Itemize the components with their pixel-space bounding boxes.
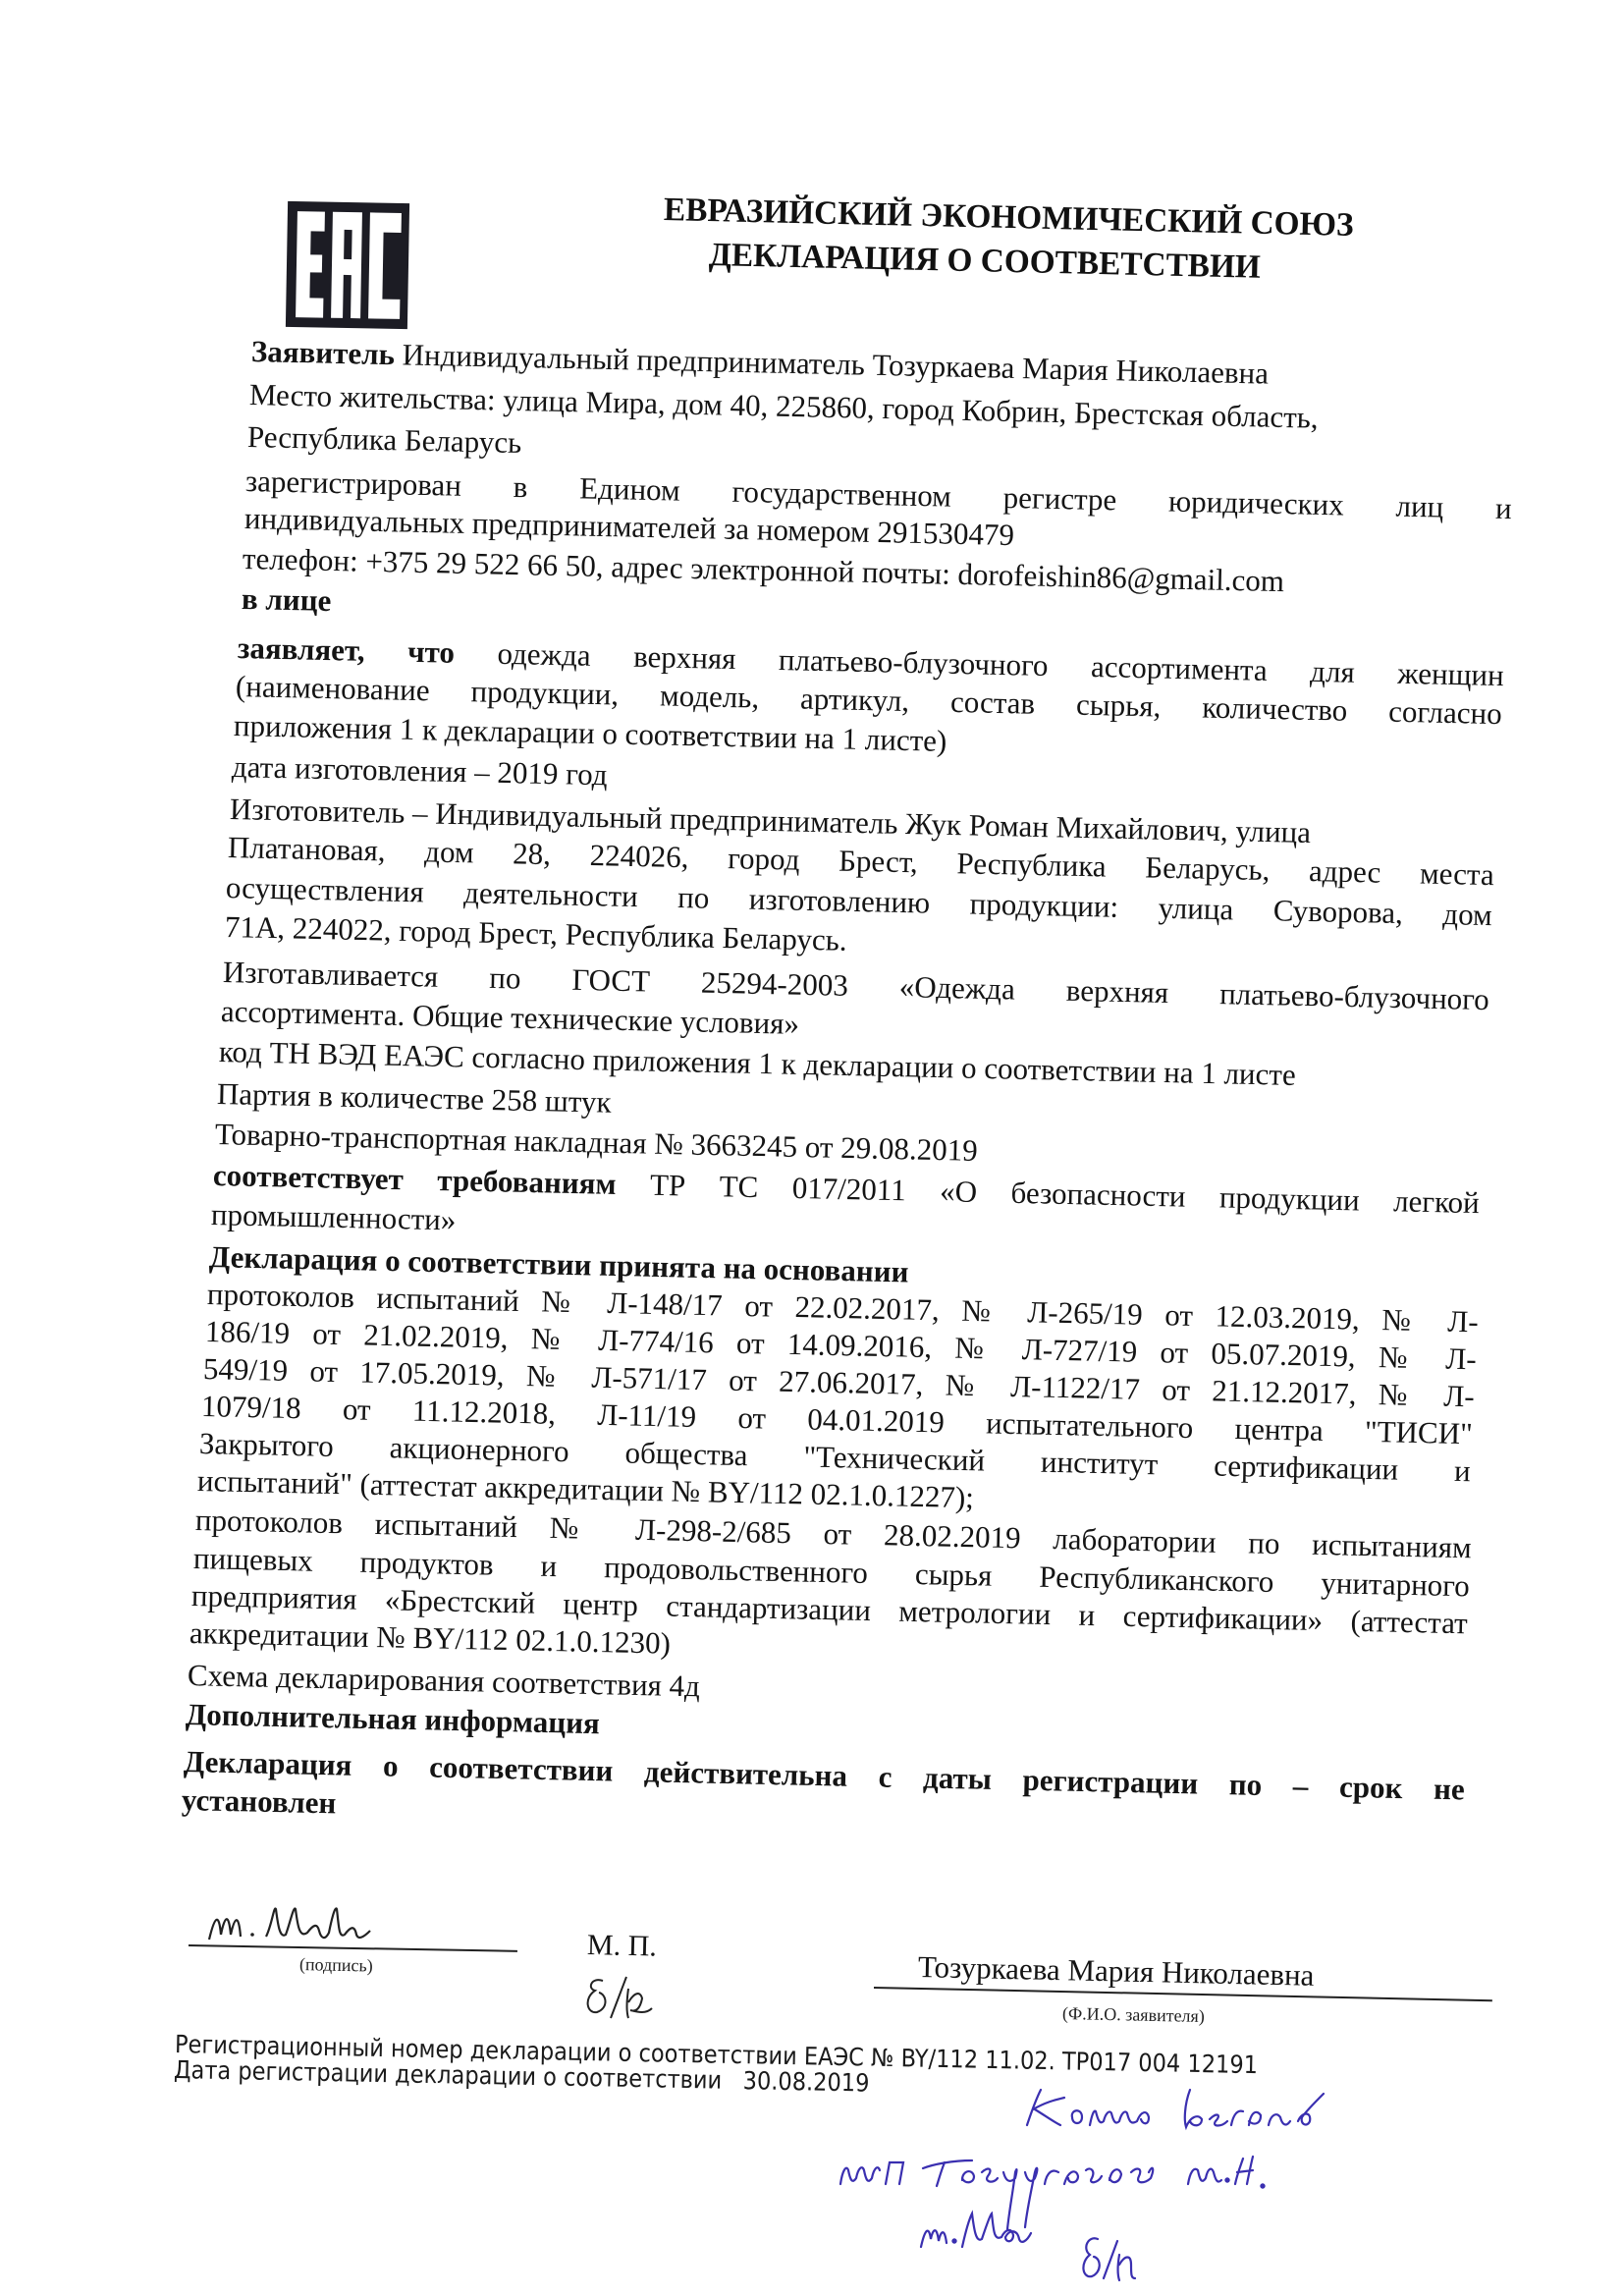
batch-size: Партия в количестве 258 штук [217,1076,612,1121]
seal-note-handwritten-icon [581,1969,660,2028]
handwritten-copy-certification-icon [825,2082,1434,2288]
applicant-address-2: Республика Беларусь [247,419,522,461]
eac-logo-icon [286,201,409,329]
manufacture-date: дата изготовления – 2019 год [232,749,608,793]
complies-line-2: промышленности» [211,1197,457,1237]
validity-line-1: Декларация о соответствии действительна … [184,1744,1465,1807]
applicant-fio: Тозуркаева Мария Николаевна [918,1949,1315,1994]
complies-regulation: ТР ТС 017/2011 «О безопасности продукции… [650,1168,1480,1220]
seal-label: М. П. [587,1928,658,1965]
document-title: ДЕКЛАРАЦИЯ О СООТВЕТСТВИИ [709,236,1262,288]
represented-by: в лице [242,581,332,619]
validity-line-2: установлен [182,1782,337,1821]
eac-logo [286,201,409,329]
declares-label: заявляет, что [238,630,456,670]
applicant-contacts: телефон: +375 29 522 66 50, адрес электр… [243,541,1285,599]
applicant-label: Заявитель [251,334,396,371]
fio-caption: (Ф.И.О. заявителя) [1062,2003,1205,2027]
signature-caption: (подпись) [299,1954,373,1977]
declaration-scheme: Схема декларирования соответствия 4д [188,1658,701,1704]
additional-info-heading: Дополнительная информация [186,1697,601,1741]
standard-line-2: ассортимента. Общие технические условия» [221,994,800,1042]
complies-label: соответствует требованиям [213,1158,617,1201]
declaration-page: ЕВРАЗИЙСКИЙ ЭКОНОМИЧЕСКИЙ СОЮЗ ДЕКЛАРАЦИ… [0,0,1623,2296]
